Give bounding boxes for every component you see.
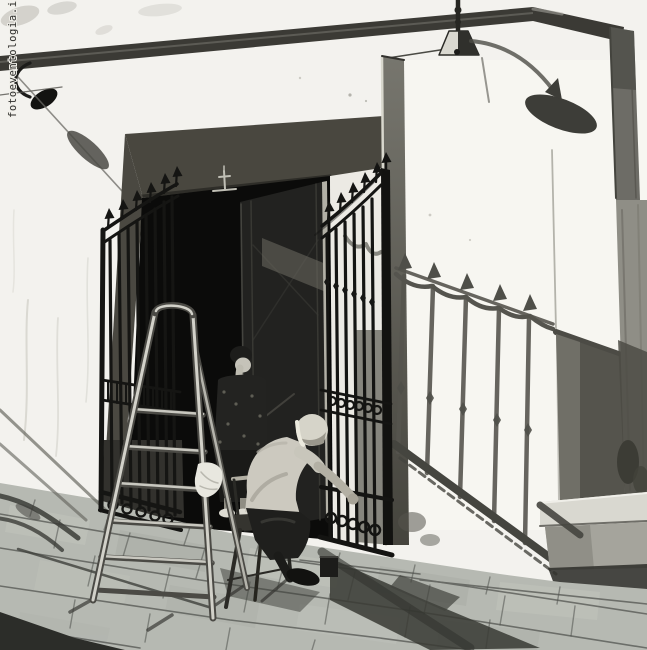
scene-svg: fotoeventologia.it [0,0,647,650]
man-hand [348,494,359,505]
bw-street-photo: fotoeventologia.it [0,0,647,650]
woman-blouse [214,375,268,452]
paint-can [320,556,338,577]
lamp-right-bulb [454,49,460,55]
watermark: fotoeventologia.it [7,0,19,118]
